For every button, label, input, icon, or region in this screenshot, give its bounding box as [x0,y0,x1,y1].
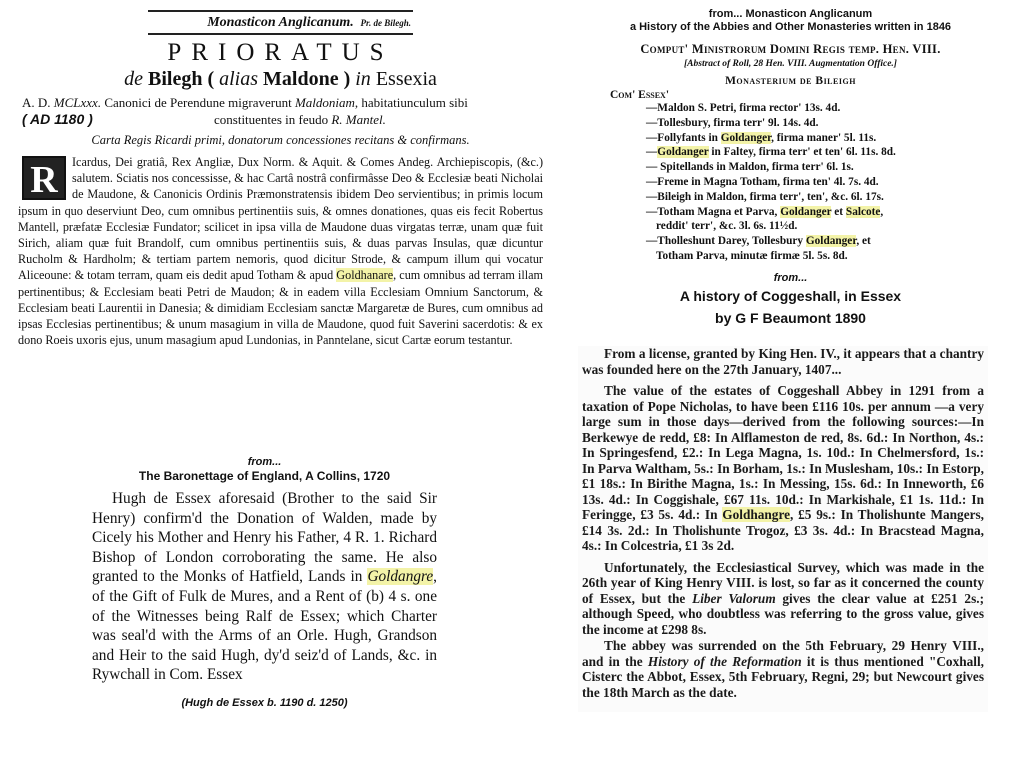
monasterium-heading: Monasterium de Bileigh [598,75,983,87]
ad-1180-label: ( AD 1180 ) [22,111,114,127]
list-item-continuation: reddit' terr', &c. 3l. 6s. 11½d. [646,219,983,234]
paragraph-surrender: The abbey was surrended on the 5th Febru… [582,638,984,700]
list-item: —Totham Magna et Parva, Goldanger et Sal… [646,205,983,220]
list-item-continuation: Totham Parva, minutæ firmæ 5l. 5s. 8d. [646,249,983,264]
coggeshall-excerpt: From a license, granted by King Hen. IV.… [578,346,988,712]
carta-line: Carta Regis Ricardi primi, donatorum con… [18,132,543,148]
compotus-excerpt: from... Monasticon Anglicanum a History … [598,8,983,328]
source-title: The Baronettage of England, A Collins, 1… [92,469,437,483]
list-item: —Tholleshunt Darey, Tollesbury Goldanger… [646,234,983,249]
list-item: — Spitellands in Maldon, firma terr' 6l.… [646,160,983,175]
coggeshall-title: A history of Coggeshall, in Essex [598,287,983,306]
ad-line: A. D. MCLxxx. Canonici de Perendune migr… [18,95,543,111]
hugh-dates-caption: (Hugh de Essex b. 1190 d. 1250) [92,697,437,709]
monasticon-excerpt: Monasticon Anglicanum. Pr. de Bilegh. PR… [18,10,543,348]
coggeshall-author: by G F Beaumont 1890 [598,309,983,328]
highlight-goldangre: Goldangre [367,568,433,585]
running-head: Monasticon Anglicanum. Pr. de Bilegh. [148,10,413,35]
list-item: —Bileigh in Maldon, firma terr', ten', &… [646,190,983,205]
abstract-line: [Abstract of Roll, 28 Hen. VIII. Augment… [598,59,983,69]
baronettage-text: Hugh de Essex aforesaid (Brother to the … [92,489,437,685]
paragraph-survey: Unfortunately, the Ecclesiastical Survey… [582,560,984,638]
com-essex-label: Com' Essex' [610,89,983,101]
comput-heading: Comput' Ministrorum Domini Regis temp. H… [598,42,983,57]
prioratus-subtitle: de Bilegh ( alias Maldone ) in Essexia [18,67,543,91]
running-head-title: Monasticon Anglicanum. [207,15,354,30]
list-item: —Freme in Magna Totham, firma ten' 4l. 7… [646,175,983,190]
list-item: —Tollesbury, firma terr' 9l. 14s. 4d. [646,116,983,131]
paragraph-license: From a license, granted by King Hen. IV.… [582,346,984,377]
dropcap-r-icon: R [22,156,66,200]
paragraph-estates: The value of the estates of Coggeshall A… [582,383,984,554]
list-item: —Maldon S. Petri, firma rector' 13s. 4d. [646,101,983,116]
running-head-right: Pr. de Bilegh. [360,18,411,28]
entries-list: —Maldon S. Petri, firma rector' 13s. 4d.… [646,101,983,264]
list-item: —Follyfants in Goldanger, firma maner' 5… [646,131,983,146]
list-item: —Goldanger in Faltey, firma terr' et ten… [646,145,983,160]
highlight-goldhanare: Goldhanare [336,268,393,282]
baronettage-excerpt: from... The Baronettage of England, A Co… [92,456,437,709]
highlight-goldhangre: Goldhangre [722,507,790,522]
source-line-1: from... Monasticon Anglicanum [598,8,983,21]
source-line-2: a History of the Abbies and Other Monast… [598,21,983,34]
from-label: from... [598,272,983,284]
prioratus-heading: PRIORATUS [18,39,543,67]
ad-line-2: ( AD 1180 )constituentes in feudo R. Man… [18,111,543,128]
latin-charter-paragraph: RIcardus, Dei gratiâ, Rex Angliæ, Dux No… [18,154,543,348]
from-label: from... [92,456,437,468]
